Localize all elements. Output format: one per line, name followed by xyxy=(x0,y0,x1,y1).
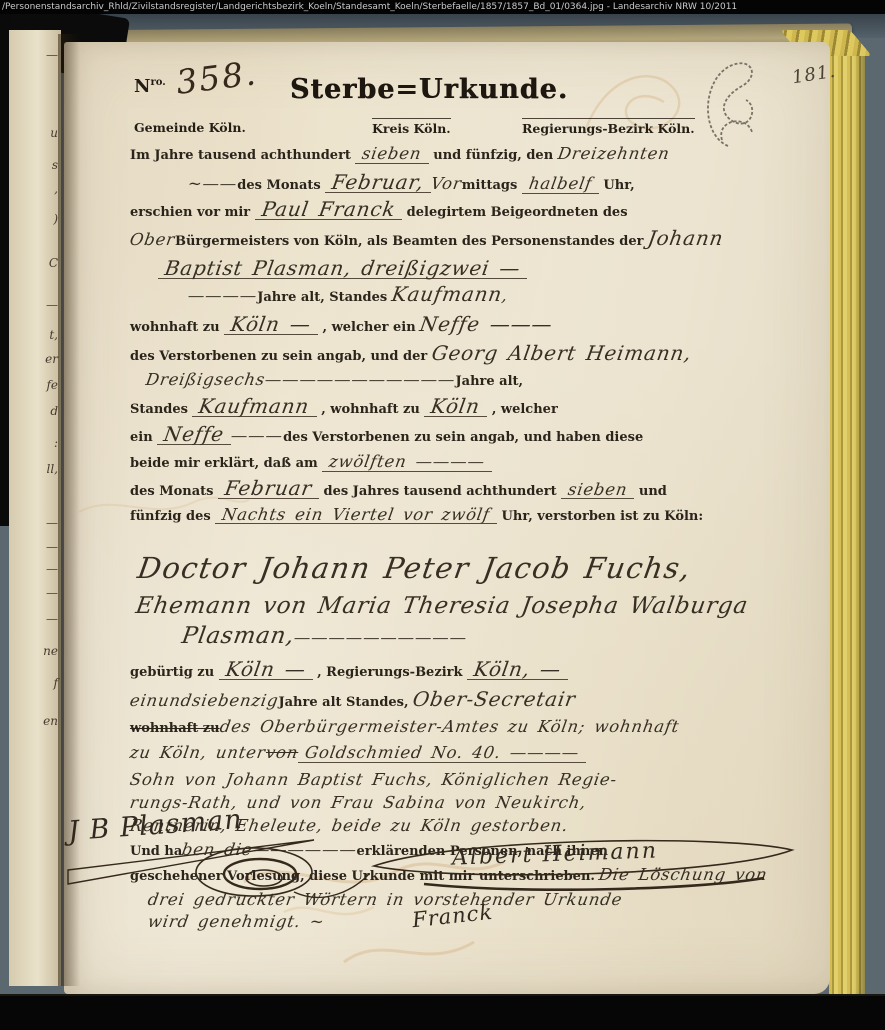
handwritten-text: Kaufmann xyxy=(390,282,504,306)
ruled-blank: Paul Franck xyxy=(255,199,402,220)
handwritten-text: Februar, xyxy=(331,172,426,192)
handwritten-text: Köln — xyxy=(230,314,313,334)
certificate-line: ein Neffe ——— des Verstorbenen zu sein a… xyxy=(130,424,790,448)
ruled-blank: zwölften ———— xyxy=(322,454,492,472)
ruled-blank: Februar xyxy=(218,478,319,499)
printed-text: ein xyxy=(130,430,157,445)
ruled-blank: sieben xyxy=(355,146,428,164)
handwritten-text: —————————— xyxy=(293,628,469,647)
cutoff-text-fragment: — xyxy=(46,562,58,576)
printed-text: mittags xyxy=(462,178,522,193)
printed-text: Jahre alt, xyxy=(456,374,524,389)
printed-text: geschehener Vorlesung, diese Urkunde mit… xyxy=(130,869,599,884)
ruled-blank: Nachts ein Viertel vor zwölf xyxy=(215,507,497,525)
cutoff-text-fragment: er xyxy=(45,352,58,366)
printed-text: Standes xyxy=(130,402,192,417)
cutoff-text-fragment: fe xyxy=(46,378,58,392)
handwritten-text: halbelf xyxy=(528,176,594,193)
printed-text: , Regierungs-Bezirk xyxy=(313,665,467,680)
handwritten-text: Die Löschung von xyxy=(598,865,769,884)
certificate-line: des Monats Februar des Jahres tausend ac… xyxy=(130,478,790,502)
handwritten-text: Sohn von Johann Baptist Fuchs, Königlich… xyxy=(128,770,618,789)
printed-text: des Monats xyxy=(130,484,218,499)
certificate-line: wohnhaft zu des Oberbürgermeister-Amtes … xyxy=(130,717,790,739)
printed-text: Uhr, verstorben ist zu Köln: xyxy=(497,509,703,524)
handwritten-text: zwölften ———— xyxy=(328,454,486,471)
ruled-blank: Köln — xyxy=(219,659,313,680)
handwritten-text: Kaufmann xyxy=(198,396,311,416)
handwritten-text: Vor xyxy=(430,174,464,193)
handwritten-text: Köln, — xyxy=(472,659,562,679)
number-label-sup: ro. xyxy=(150,77,165,88)
printed-text: wohnhaft zu xyxy=(130,721,220,736)
handwritten-text: Ober xyxy=(128,230,176,249)
printed-text: des Monats xyxy=(237,178,325,193)
handwritten-text: Dreißigsechs xyxy=(144,370,266,389)
handwritten-text: —————— xyxy=(251,840,358,859)
cutoff-text-fragment: en xyxy=(43,714,58,728)
handwritten-text: Februar xyxy=(223,478,313,498)
cutoff-text-fragment: ne xyxy=(43,644,58,658)
ruled-blank: sieben xyxy=(561,482,634,500)
previous-page-edge: —us,)C—t,erfed:ll,—————nefen xyxy=(9,30,61,986)
printed-text: , welcher ein xyxy=(318,320,420,335)
handwritten-text: Köln — xyxy=(224,659,307,679)
certificate-line: OberBürgermeisters von Köln, als Beamten… xyxy=(130,226,790,252)
handwritten-text: Doctor Johann Peter Jacob Fuchs, xyxy=(135,551,693,585)
certificate-line: des Verstorbenen zu sein angab, und der … xyxy=(130,341,790,367)
handwritten-text: wird genehmigt. ~ xyxy=(146,912,325,931)
certificate-line: wohnhaft zu Köln — , welcher ein Neffe —… xyxy=(130,312,790,338)
handwritten-text: ben die xyxy=(181,840,254,859)
handwritten-text: Georg Albert Heimann, xyxy=(430,341,693,365)
certificate-line: ———— Jahre alt, Standes Kaufmann , xyxy=(188,282,790,308)
printed-text: , wohnhaft zu xyxy=(317,402,425,417)
municipality-label: Gemeinde Köln. xyxy=(134,120,246,135)
certificate-line: Doctor Johann Peter Jacob Fuchs, xyxy=(138,551,790,585)
certificate-line: Plasman, —————————— xyxy=(182,623,790,649)
printed-text: , welcher xyxy=(487,402,557,417)
cutoff-text-fragment: — xyxy=(46,586,58,600)
ruled-blank: Köln — xyxy=(224,314,318,335)
certificate-line: beide mir erklärt, daß am zwölften ———— xyxy=(130,452,790,474)
certificate-line: erschien vor mir Paul Franck delegirtem … xyxy=(130,199,790,223)
pencil-paraph-mark xyxy=(686,50,778,162)
cutoff-text-fragment: — xyxy=(46,298,58,312)
printed-text: des Verstorbenen zu sein angab, und der xyxy=(130,349,432,364)
handwritten-text: Ehemann von Maria Theresia Josepha Walbu… xyxy=(134,593,750,619)
certificate-line: ~—— des Monats Februar, Vormittags halbe… xyxy=(188,172,790,196)
handwritten-text: Neffe xyxy=(163,424,226,444)
printed-text: gebürtig zu xyxy=(130,665,219,680)
handwritten-text: einundsiebenzig xyxy=(128,691,279,710)
handwritten-text: ~—— xyxy=(186,174,238,193)
handwritten-text: Johann xyxy=(646,226,725,250)
document-title: Sterbe=Urkunde. xyxy=(284,74,574,105)
certificate-line: Ehemann von Maria Theresia Josepha Walbu… xyxy=(136,593,790,619)
cutoff-text-fragment: u xyxy=(50,126,58,140)
cutoff-text-fragment: d xyxy=(50,404,58,418)
ruled-blank: halbelf xyxy=(522,176,599,194)
certificate-line: einundsiebenzig Jahre alt Standes, Ober-… xyxy=(130,687,790,713)
ruled-blank: Neffe xyxy=(157,424,231,445)
cutoff-text-fragment: s xyxy=(52,158,58,172)
printed-text: delegirtem Beigeordneten des xyxy=(402,205,627,220)
death-certificate-page: Nro. 358. Sterbe=Urkunde. Gemeinde Köln.… xyxy=(64,42,830,994)
printed-text: Bürgermeisters von Köln, als Beamten des… xyxy=(175,234,648,249)
certificate-line: gebürtig zu Köln — , Regierungs-Bezirk K… xyxy=(130,659,790,683)
ruled-blank: Goldschmied No. 40. ———— xyxy=(298,745,586,763)
ruled-blank: Köln xyxy=(424,396,487,417)
number-label: Nro. xyxy=(134,76,166,97)
caption-text: /Personenstandsarchiv_Rhld/Zivilstandsre… xyxy=(2,2,737,12)
handwritten-text: Ober-Secretair xyxy=(411,687,577,711)
cutoff-text-fragment: — xyxy=(46,612,58,626)
printed-text: wohnhaft zu xyxy=(130,320,224,335)
handwritten-text: zu Köln, unter xyxy=(128,743,267,762)
ruled-blank: Kaufmann xyxy=(192,396,316,417)
printed-text: und fünfzig, den xyxy=(429,148,558,163)
ruled-blank: Februar, xyxy=(325,172,431,193)
cutoff-text-fragment: t, xyxy=(49,328,58,342)
printed-text: Jahre alt Standes, xyxy=(278,695,413,710)
printed-text: Uhr, xyxy=(599,178,635,193)
handwritten-text: Nachts ein Viertel vor zwölf xyxy=(221,507,491,524)
handwritten-text: Neffe ——— xyxy=(418,312,554,336)
handwritten-text: ———— xyxy=(186,286,258,305)
printed-text: Im Jahre tausend achthundert xyxy=(130,148,355,163)
printed-text: beide mir erklärt, daß am xyxy=(130,456,322,471)
cutoff-text-fragment: C xyxy=(49,256,58,270)
handwritten-text: Köln xyxy=(430,396,482,416)
handwritten-text: des Oberbürgermeister-Amtes zu Köln; woh… xyxy=(218,717,680,736)
printed-text: und xyxy=(634,484,667,499)
cutoff-text-fragment: — xyxy=(46,48,58,62)
cutoff-text-fragment: f xyxy=(54,676,58,690)
certificate-line: Sohn von Johann Baptist Fuchs, Königlich… xyxy=(130,770,790,789)
archive-scan-viewer: /Personenstandsarchiv_Rhld/Zivilstandsre… xyxy=(0,0,885,1030)
bottom-margin-shadow xyxy=(0,994,885,1030)
district-label: Kreis Köln. xyxy=(372,118,451,136)
cutoff-text-fragment: — xyxy=(46,516,58,530)
certificate-line: Baptist Plasman, dreißigzwei — xyxy=(158,258,790,279)
printed-text: Jahre alt, Standes xyxy=(257,290,392,305)
handwritten-text: ——— xyxy=(230,426,285,445)
printed-text: Und ha xyxy=(130,844,182,859)
handwritten-text: drei gedruckter Wörtern in vorstehender … xyxy=(146,890,623,909)
cutoff-text-fragment: ) xyxy=(53,212,58,226)
handwritten-text: sieben xyxy=(361,146,423,163)
viewer-caption-bar: /Personenstandsarchiv_Rhld/Zivilstandsre… xyxy=(0,0,885,14)
handwritten-text: ——————————— xyxy=(264,370,457,389)
handwritten-text: von xyxy=(264,743,299,762)
printed-text: fünfzig des xyxy=(130,509,215,524)
cutoff-text-fragment: ll, xyxy=(47,462,59,476)
printed-text: des Verstorbenen zu sein angab, und habe… xyxy=(283,430,643,445)
cutoff-text-fragment: — xyxy=(46,540,58,554)
handwritten-text: Dreizehnten xyxy=(556,144,671,163)
handwritten-text: Baptist Plasman, dreißigzwei — xyxy=(163,258,522,278)
cutoff-text-fragment: , xyxy=(54,182,58,196)
ruled-blank: Baptist Plasman, dreißigzwei — xyxy=(158,258,527,279)
ruled-blank: Köln, — xyxy=(467,659,568,680)
cutoff-text-fragment: : xyxy=(54,436,58,450)
printed-text: des Jahres tausend achthundert xyxy=(319,484,561,499)
handwritten-text: Plasman, xyxy=(180,623,297,649)
handwritten-text: Paul Franck xyxy=(260,199,397,219)
record-number: 358. xyxy=(174,53,260,102)
handwritten-text: Goldschmied No. 40. ———— xyxy=(304,745,581,762)
certificate-line: fünfzig des Nachts ein Viertel vor zwölf… xyxy=(130,505,790,527)
book-fore-edge xyxy=(829,44,865,1002)
certificate-line: Standes Kaufmann , wohnhaft zu Köln , we… xyxy=(130,396,790,420)
certificate-line: zu Köln, unter von Goldschmied No. 40. —… xyxy=(130,743,790,763)
handwritten-text: sieben xyxy=(567,482,629,499)
region-label: Regierungs-Bezirk Köln. xyxy=(522,118,695,136)
certificate-line: Dreißigsechs ——————————— Jahre alt, xyxy=(146,370,790,392)
printed-text: erschien vor mir xyxy=(130,205,255,220)
